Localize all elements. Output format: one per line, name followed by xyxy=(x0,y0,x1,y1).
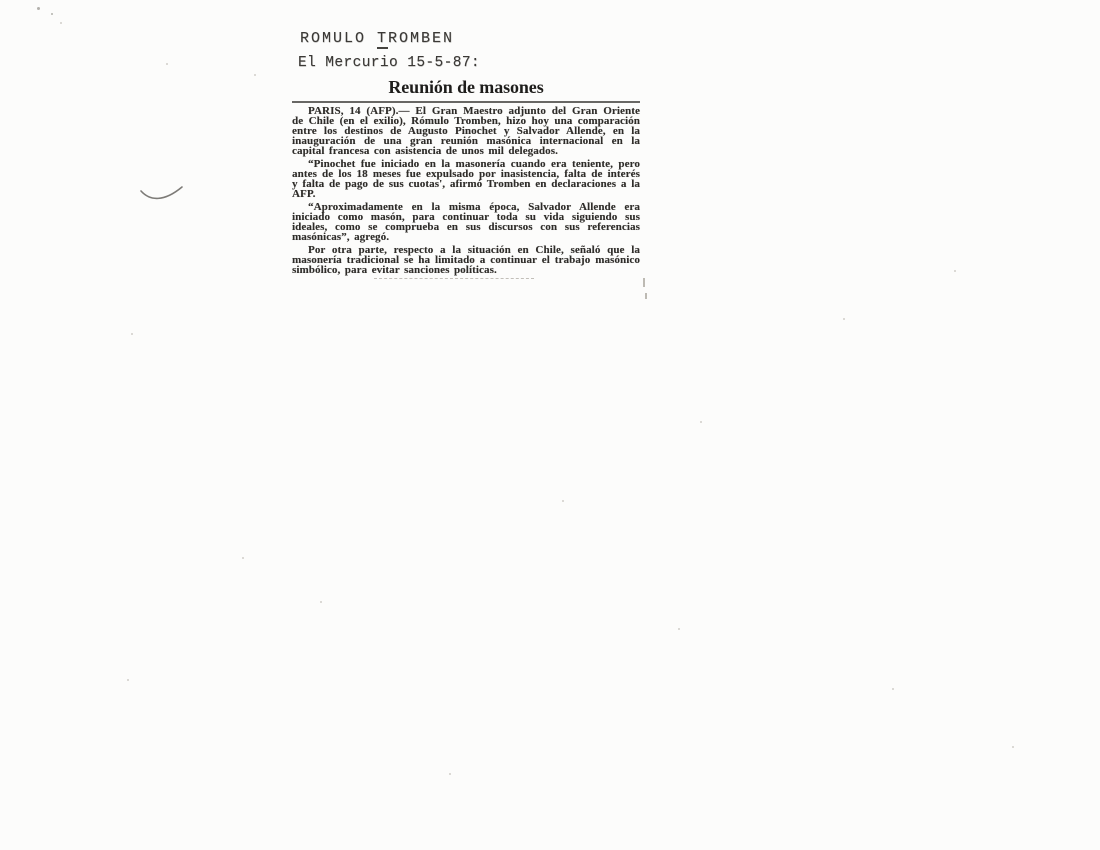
headline-rule xyxy=(292,101,640,103)
article-headline: Reunión de masones xyxy=(292,77,640,98)
typed-author-underlined-letter: T xyxy=(377,31,388,49)
scan-speck xyxy=(166,63,168,65)
article-paragraph: “Aproximadamente en la misma época, Salv… xyxy=(292,202,640,242)
scan-speck xyxy=(843,318,845,320)
typed-source-line: El Mercurio 15-5-87: xyxy=(298,55,480,71)
scan-speck xyxy=(51,13,53,15)
scan-speck xyxy=(892,688,894,690)
scan-speck xyxy=(254,74,256,76)
typed-author-part2: ROMBEN xyxy=(388,30,454,47)
newspaper-clipping: Reunión de masones PARIS, 14 (AFP).— El … xyxy=(292,77,640,279)
scan-speck xyxy=(242,557,244,559)
scan-speck xyxy=(678,628,680,630)
scan-speck xyxy=(700,421,702,423)
scan-speck xyxy=(954,270,956,272)
clipping-edge-tick xyxy=(643,278,645,287)
scan-speck xyxy=(1012,746,1014,748)
clipping-edge-tick xyxy=(645,293,647,299)
torn-edge-line xyxy=(374,278,534,279)
article-body: PARIS, 14 (AFP).— El Gran Maestro adjunt… xyxy=(292,106,640,275)
scan-speck xyxy=(60,22,62,24)
article-paragraph: PARIS, 14 (AFP).— El Gran Maestro adjunt… xyxy=(292,106,640,156)
typed-author-part1: ROMULO xyxy=(300,30,377,47)
scan-speck xyxy=(562,500,564,502)
scan-speck xyxy=(127,679,129,681)
scanned-page: ROMULO TROMBEN El Mercurio 15-5-87: Reun… xyxy=(0,0,1100,850)
scan-speck xyxy=(449,773,451,775)
typed-author-line: ROMULO TROMBEN xyxy=(300,30,454,49)
article-paragraph: Por otra parte, respecto a la situación … xyxy=(292,245,640,275)
scan-speck xyxy=(131,333,133,335)
article-paragraph: “Pinochet fue iniciado en la masonería c… xyxy=(292,159,640,199)
scan-speck xyxy=(320,601,322,603)
scan-speck xyxy=(37,7,40,10)
pen-stroke-mark xyxy=(138,181,188,209)
